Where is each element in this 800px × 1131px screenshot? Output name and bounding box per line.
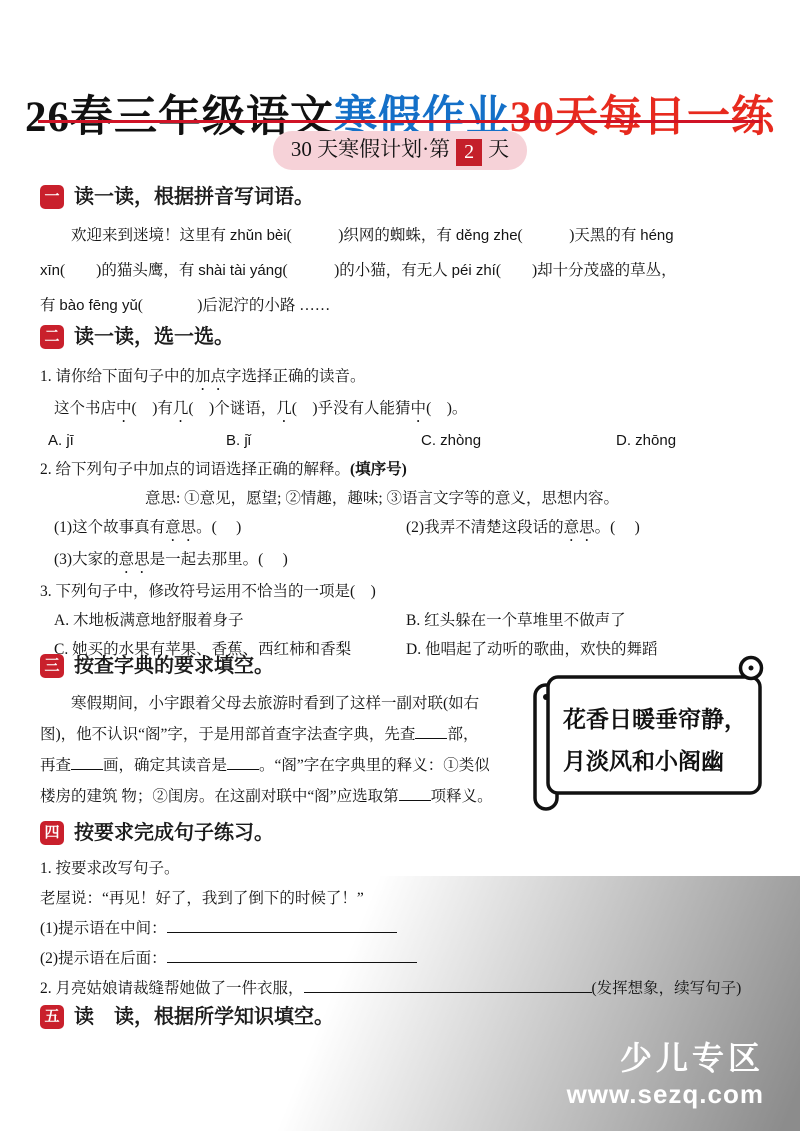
question-3-prompt: 3. 下列句子中，修改符号运用不恰当的一项是( ) [40,577,762,606]
rewrite-item-2-label: (2)提示语在后面： [40,950,167,967]
pinyin-line: 有 bào fēng yǔ( )后泥泞的小路 …… [40,288,762,323]
question-1-prompt: 1. 请你给下面句子中的加点字选择正确的读音。 [40,362,762,394]
answer-blank-line [304,977,592,993]
section-number-badge: 四 [40,821,64,845]
scroll-panel [548,677,760,793]
answer-blank-line [167,947,417,963]
section-number-badge: 三 [40,654,64,678]
question-2-items-row: (1)这个故事真有意思。( ) (2)我弄不清楚这段话的意思。( ) [40,513,762,545]
section-1-header: 一 读一读，根据拼音写词语。 [40,182,762,212]
watermark-brand: 少儿专区 [567,1038,764,1078]
rewrite-instruction: 1. 按要求改写句子。 [40,854,762,884]
section-2-header: 二 读一读，选一选。 [40,322,762,352]
dictionary-exercise-paragraph: 寒假期间，小宇跟着父母去旅游时看到了这样一副对联(如右 图)，他不认识“阁”字，… [40,688,534,812]
section-4: 四 按要求完成句子练习。 1. 按要求改写句子。 老屋说：“再见！好了，我到了倒… [40,818,762,1004]
paragraph-line: 楼房的建筑 物；②闺房。在这副对联中“阁”应选取第项释义。 [40,781,534,812]
section-number-badge: 二 [40,325,64,349]
section-title: 读一读，根据拼音写词语。 [74,182,314,212]
section-title: 按要求完成句子练习。 [74,818,274,848]
paragraph-line: 图)，他不认识“阁”字，于是用部首查字法查字典，先查部， [40,719,534,750]
continue-sentence-item: 2. 月亮姑娘请裁缝帮她做了一件衣服，(发挥想象，续写句子) [40,974,762,1004]
section-1-body: 欢迎来到迷境！这里有 zhǔn bèi( )织网的蜘蛛，有 děng zhe( … [40,218,762,323]
worksheet-page: 26春三年级语文寒假作业30天每日一练 30 天寒假计划·第2天 一 读一读，根… [0,0,800,1131]
paragraph-line: 再查画，确定其读音是。“阁”字在字典里的释义：①类似 [40,750,534,781]
question-2-definitions: 意思: ①意见，愿望; ②情趣，趣味; ③语言文字等的意义，思想内容。 [145,484,762,513]
section-number-badge: 五 [40,1005,64,1029]
option-d: D. zhōng [616,426,676,455]
continue-sentence-note: (发挥想象，续写句子) [592,980,742,997]
question-2-item-1: (1)这个故事真有意思。( ) [54,513,406,545]
title-underline [38,120,762,123]
section-4-header: 四 按要求完成句子练习。 [40,818,762,848]
question-3-options-row: A. 木地板满意地舒服着身子 B. 红头躲在一个草堆里不做声了 [40,606,762,635]
question-2-prompt: 2. 给下列句子中加点的词语选择正确的解释。(填序号) [40,455,762,484]
day-number-badge: 2 [456,139,482,166]
plan-banner-text: 30 天寒假计划·第 [291,137,450,161]
section-title: 读 读，根据所学知识填空。 [74,1002,334,1032]
option-a: A. 木地板满意地舒服着身子 [54,606,406,635]
continue-sentence-prefix: 2. 月亮姑娘请裁缝帮她做了一件衣服， [40,980,304,997]
section-2-body: 1. 请你给下面句子中的加点字选择正确的读音。 这个书店中( )有几( )个谜语… [40,362,762,664]
couplet-scroll: 花香日暖垂帘静， 月淡风和小阁幽 [532,655,767,813]
section-title: 按查字典的要求填空。 [74,650,274,682]
option-a: A. jī [48,426,226,455]
rewrite-item-1-label: (1)提示语在中间： [40,920,167,937]
section-2: 二 读一读，选一选。 1. 请你给下面句子中的加点字选择正确的读音。 这个书店中… [40,322,762,664]
section-5-header: 五 读 读，根据所学知识填空。 [40,1002,762,1032]
watermark-url: www.sezq.com [567,1078,764,1110]
section-4-body: 1. 按要求改写句子。 老屋说：“再见！好了，我到了倒下的时候了！” (1)提示… [40,854,762,1004]
question-2-item-2: (2)我弄不清楚这段话的意思。( ) [406,513,640,545]
answer-blank-line [167,917,397,933]
plan-banner-pill: 30 天寒假计划·第2天 [273,131,527,170]
option-b: B. 红头躲在一个草堆里不做声了 [406,606,626,635]
couplet-line-1: 花香日暖垂帘静， [562,706,747,733]
question-2-item-3: (3)大家的意思是一起去那里。( ) [54,545,762,577]
option-c: C. zhòng [421,426,616,455]
question-1-options: A. jī B. jǐ C. zhòng D. zhōng [48,426,762,455]
paragraph-line: 寒假期间，小宇跟着父母去旅游时看到了这样一副对联(如右 [40,688,534,719]
section-5: 五 读 读，根据所学知识填空。 [40,1002,762,1032]
pinyin-line: xīn( )的猫头鹰，有 shài tài yáng( )的小猫，有无人 péi… [40,253,762,288]
rewrite-item-1: (1)提示语在中间： [40,914,762,944]
couplet-line-2: 月淡风和小阁幽 [563,748,724,774]
section-1: 一 读一读，根据拼音写词语。 欢迎来到迷境！这里有 zhǔn bèi( )织网的… [40,182,762,323]
scroll-right-curl [749,666,754,671]
pinyin-line: 欢迎来到迷境！这里有 zhǔn bèi( )织网的蜘蛛，有 děng zhe( … [40,218,762,253]
watermark: 少儿专区 www.sezq.com [567,1038,764,1110]
section-number-badge: 一 [40,185,64,209]
section-title: 读一读，选一选。 [74,322,234,352]
option-b: B. jǐ [226,426,421,455]
question-1-sentence: 这个书店中( )有几( )个谜语，几( )乎没有人能猜中( )。 [54,394,762,426]
plan-banner-suffix: 天 [488,137,509,161]
source-sentence: 老屋说：“再见！好了，我到了倒下的时候了！” [40,884,762,914]
rewrite-item-2: (2)提示语在后面： [40,944,762,974]
plan-banner: 30 天寒假计划·第2天 [0,131,800,170]
